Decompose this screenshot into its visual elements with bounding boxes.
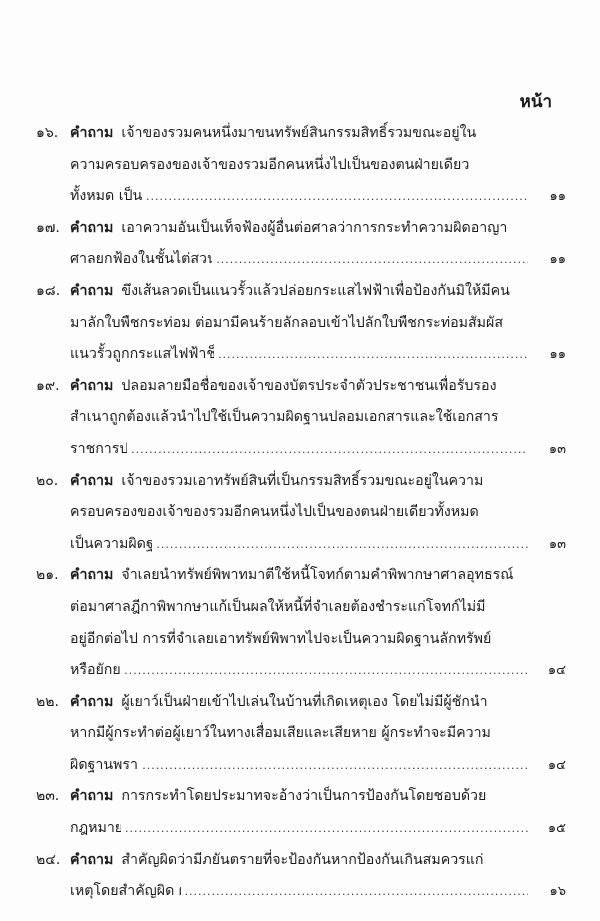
toc-line: สำเนาถูกต้องแล้วนำไปใช้เป็นความผิดฐานปลอ…: [36, 402, 566, 434]
question-label: คำถาม: [70, 687, 113, 719]
toc-line: อยู่อีกต่อไป การที่จำเลยเอาทรัพย์พิพาทไป…: [36, 624, 566, 656]
question-label: คำถาม: [70, 118, 113, 150]
entry-text: ผู้เยาว์เป็นฝ่ายเข้าไปเล่นในบ้านที่เกิดเ…: [121, 687, 487, 719]
question-label: คำถาม: [70, 845, 113, 877]
entry-text: เจ้าของรวมเอาทรัพย์สินที่เป็นกรรมสิทธิ์ร…: [121, 466, 483, 498]
page-column-header: หน้า: [520, 88, 552, 115]
toc-line: แนวรั้วถูกกระแสไฟฟ้าช็อตถึงแก่ความตาย ดั…: [36, 339, 566, 371]
toc-line: ต่อมาศาลฎีกาพิพากษาแก้เป็นผลให้หนี้ที่จำ…: [36, 592, 566, 624]
table-of-contents: ๑๖. คำถาม เจ้าของรวมคนหนึ่งมาขนทรัพย์สิน…: [36, 118, 566, 908]
entry-number: ๒๓.: [36, 781, 70, 813]
toc-line: ๑๖. คำถาม เจ้าของรวมคนหนึ่งมาขนทรัพย์สิน…: [36, 118, 566, 150]
page-number: ๑๖: [532, 876, 566, 908]
page-number: ๑๓: [532, 529, 566, 561]
dot-leader: [124, 655, 528, 687]
toc-line: ทั้งหมด เป็นความผิดฐานใด ๑๑: [36, 181, 566, 213]
entry-text: ขึงเส้นลวดเป็นแนวรั้วแล้วปล่อยกระแสไฟฟ้า…: [121, 276, 509, 308]
entry-number: ๑๖.: [36, 118, 70, 150]
entry-text: สำคัญผิดว่ามีภยันตรายที่จะป้องกันหากป้อง…: [121, 845, 483, 877]
entry-number: ๑๙.: [36, 371, 70, 403]
entry-text: ผิดฐานพรากผู้เยาว์หรือไม่: [70, 750, 138, 782]
question-label: คำถาม: [70, 466, 113, 498]
toc-line: ราชการปลอมหรือไม่ ๑๓: [36, 434, 566, 466]
toc-line: ผิดฐานพรากผู้เยาว์หรือไม่ ๑๔: [36, 750, 566, 782]
entry-text: หรือยักยอกหรือไม่: [70, 655, 120, 687]
toc-line: หรือยักยอกหรือไม่ ๑๔: [36, 655, 566, 687]
question-label: คำถาม: [70, 781, 113, 813]
dot-leader: [131, 434, 528, 466]
entry-text: มาลักใบพืชกระท่อม ต่อมามีคนร้ายลักลอบเข้…: [70, 308, 503, 340]
entry-text: ทั้งหมด เป็นความผิดฐานใด: [70, 181, 142, 213]
dot-leader: [156, 529, 528, 561]
dot-leader: [218, 339, 528, 371]
entry-number: ๑๗.: [36, 213, 70, 245]
entry-text: ครอบครองของเจ้าของรวมอีกคนหนึ่งไปเป็นของ…: [70, 497, 479, 529]
toc-line: ความครอบครองของเจ้าของรวมอีกคนหนึ่งไปเป็…: [36, 150, 566, 182]
entry-number: ๒๔.: [36, 845, 70, 877]
entry-text: เจ้าของรวมคนหนึ่งมาขนทรัพย์สินกรรมสิทธิ์…: [121, 118, 476, 150]
entry-text: จำเลยนำทรัพย์พิพาทมาตีใช้หนี้โจทก์ตามคำพ…: [121, 560, 513, 592]
toc-line: ๒๓. คำถาม การกระทำโดยประมาทจะอ้างว่าเป็น…: [36, 781, 566, 813]
toc-entry-17[interactable]: ๑๗. คำถาม เอาความอันเป็นเท็จฟ้องผู้อื่นต…: [36, 213, 566, 276]
toc-entry-16[interactable]: ๑๖. คำถาม เจ้าของรวมคนหนึ่งมาขนทรัพย์สิน…: [36, 118, 566, 213]
entry-text: อยู่อีกต่อไป การที่จำเลยเอาทรัพย์พิพาทไป…: [70, 624, 491, 656]
entry-text: ราชการปลอมหรือไม่: [70, 434, 127, 466]
entry-text: ความครอบครองของเจ้าของรวมอีกคนหนึ่งไปเป็…: [70, 150, 469, 182]
entry-number: ๒๑.: [36, 560, 70, 592]
page-number: ๑๑: [532, 181, 566, 213]
entry-text: ปลอมลายมือชื่อของเจ้าของบัตรประจำตัวประช…: [121, 371, 496, 403]
entry-text: เอาความอันเป็นเท็จฟ้องผู้อื่นต่อศาลว่ากา…: [121, 213, 507, 245]
toc-entry-19[interactable]: ๑๙. คำถาม ปลอมลายมือชื่อของเจ้าของบัตรปร…: [36, 371, 566, 466]
page-number: ๑๑: [532, 244, 566, 276]
entry-number: ๒๒.: [36, 687, 70, 719]
question-label: คำถาม: [70, 276, 113, 308]
question-label: คำถาม: [70, 371, 113, 403]
page-number: ๑๔: [532, 750, 566, 782]
entry-text: หากมีผู้กระทำต่อผู้เยาว์ในทางเสื่อมเสียแ…: [70, 718, 491, 750]
entry-text: การกระทำโดยประมาทจะอ้างว่าเป็นการป้องกัน…: [121, 781, 486, 813]
dot-leader: [146, 181, 528, 213]
toc-line: มาลักใบพืชกระท่อม ต่อมามีคนร้ายลักลอบเข้…: [36, 308, 566, 340]
entry-text: เหตุโดยสำคัญผิด ผู้กระทำจะมีความผิดอย่าง…: [70, 876, 181, 908]
document-page: หน้า ๑๖. คำถาม เจ้าของรวมคนหนึ่งมาขนทรัพ…: [0, 0, 600, 921]
toc-line: ๒๔. คำถาม สำคัญผิดว่ามีภยันตรายที่จะป้อง…: [36, 845, 566, 877]
toc-line: เป็นความผิดฐานลักทรัพย์หรือไม่ ๑๓: [36, 529, 566, 561]
toc-line: ๑๘. คำถาม ขึงเส้นลวดเป็นแนวรั้วแล้วปล่อย…: [36, 276, 566, 308]
toc-entry-24[interactable]: ๒๔. คำถาม สำคัญผิดว่ามีภยันตรายที่จะป้อง…: [36, 845, 566, 908]
toc-entry-23[interactable]: ๒๓. คำถาม การกระทำโดยประมาทจะอ้างว่าเป็น…: [36, 781, 566, 844]
page-number: ๑๕: [532, 813, 566, 845]
toc-entry-20[interactable]: ๒๐. คำถาม เจ้าของรวมเอาทรัพย์สินที่เป็นก…: [36, 466, 566, 561]
toc-line: ศาลยกฟ้องในชั้นไต่สวนมูลฟ้อง จะเป็นความผ…: [36, 244, 566, 276]
page-number: ๑๔: [532, 655, 566, 687]
dot-leader: [142, 750, 528, 782]
toc-line: กฎหมายได้หรือไม่ ๑๕: [36, 813, 566, 845]
dot-leader: [216, 244, 528, 276]
entry-text: ต่อมาศาลฎีกาพิพากษาแก้เป็นผลให้หนี้ที่จำ…: [70, 592, 485, 624]
dot-leader: [185, 876, 528, 908]
question-label: คำถาม: [70, 560, 113, 592]
entry-number: ๒๐.: [36, 466, 70, 498]
entry-text: กฎหมายได้หรือไม่: [70, 813, 121, 845]
toc-line: ๒๑. คำถาม จำเลยนำทรัพย์พิพาทมาตีใช้หนี้โ…: [36, 560, 566, 592]
toc-line: ๒๐. คำถาม เจ้าของรวมเอาทรัพย์สินที่เป็นก…: [36, 466, 566, 498]
entry-text: ศาลยกฟ้องในชั้นไต่สวนมูลฟ้อง จะเป็นความผ…: [70, 244, 212, 276]
toc-entry-22[interactable]: ๒๒. คำถาม ผู้เยาว์เป็นฝ่ายเข้าไปเล่นในบ้…: [36, 687, 566, 782]
toc-line: เหตุโดยสำคัญผิด ผู้กระทำจะมีความผิดอย่าง…: [36, 876, 566, 908]
page-number: ๑๑: [532, 339, 566, 371]
toc-entry-18[interactable]: ๑๘. คำถาม ขึงเส้นลวดเป็นแนวรั้วแล้วปล่อย…: [36, 276, 566, 371]
entry-text: เป็นความผิดฐานลักทรัพย์หรือไม่: [70, 529, 152, 561]
toc-entry-21[interactable]: ๒๑. คำถาม จำเลยนำทรัพย์พิพาทมาตีใช้หนี้โ…: [36, 560, 566, 686]
question-label: คำถาม: [70, 213, 113, 245]
toc-line: ครอบครองของเจ้าของรวมอีกคนหนึ่งไปเป็นของ…: [36, 497, 566, 529]
page-number: ๑๓: [532, 434, 566, 466]
toc-line: หากมีผู้กระทำต่อผู้เยาว์ในทางเสื่อมเสียแ…: [36, 718, 566, 750]
dot-leader: [125, 813, 528, 845]
entry-number: ๑๘.: [36, 276, 70, 308]
entry-text: แนวรั้วถูกกระแสไฟฟ้าช็อตถึงแก่ความตาย ดั…: [70, 339, 214, 371]
toc-line: ๑๙. คำถาม ปลอมลายมือชื่อของเจ้าของบัตรปร…: [36, 371, 566, 403]
entry-text: สำเนาถูกต้องแล้วนำไปใช้เป็นความผิดฐานปลอ…: [70, 402, 499, 434]
toc-line: ๑๗. คำถาม เอาความอันเป็นเท็จฟ้องผู้อื่นต…: [36, 213, 566, 245]
toc-line: ๒๒. คำถาม ผู้เยาว์เป็นฝ่ายเข้าไปเล่นในบ้…: [36, 687, 566, 719]
